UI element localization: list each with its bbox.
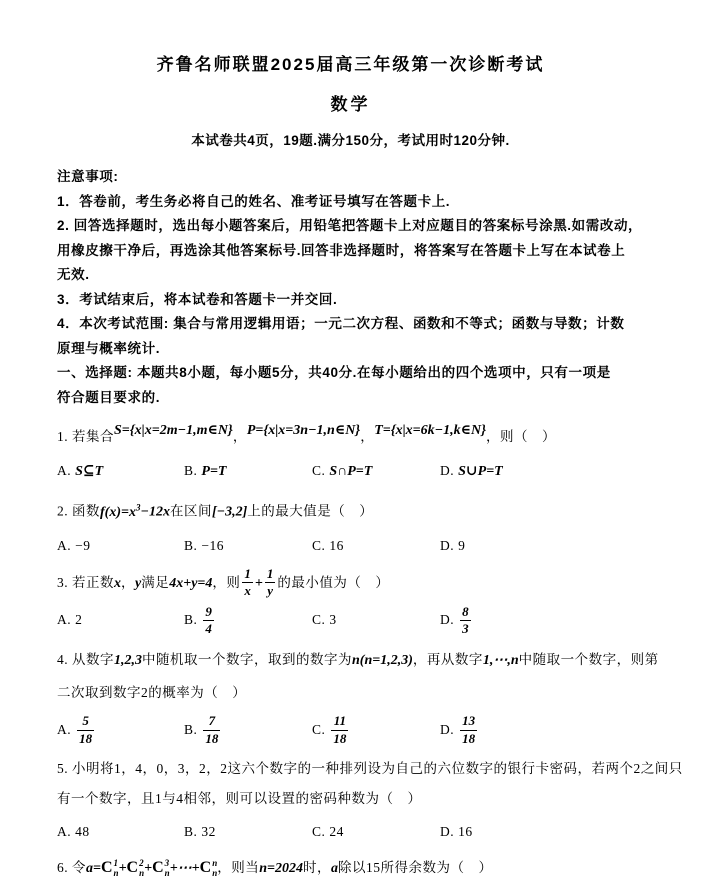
binomial-coefficient: C3n <box>152 853 170 877</box>
text-run: 除以15所得余数为（ ） <box>338 860 493 875</box>
text-run: 满足 <box>141 575 169 590</box>
binomial-coefficient: C1n <box>101 853 119 877</box>
math-run: + <box>119 861 127 876</box>
fraction-denominator: 4 <box>203 621 214 636</box>
math-run: a <box>331 861 338 876</box>
option-label: D. <box>440 612 454 627</box>
option-label: A. <box>57 722 71 737</box>
options-row: A.48B.32C.24D.16 <box>57 819 671 845</box>
option-item: D.1318 <box>440 714 671 746</box>
options-row: A.−9B.−16C.16D.9 <box>57 533 671 559</box>
question-q2: 2. 函数f(x)=x3−12x在区间[−3,2]上的最大值是（ ）A.−9B.… <box>57 492 671 559</box>
math-run: [−3,2] <box>212 505 247 520</box>
option-label: C. <box>312 463 325 478</box>
option-label: C. <box>312 824 325 839</box>
text-run: 时， <box>303 860 331 875</box>
notice-line: 4．本次考试范围: 集合与常用逻辑用语；一元二次方程、函数和不等式；函数与导数；… <box>57 312 653 337</box>
text-run: 有一个数字，且1与4相邻，则可以设置的密码种数为（ ） <box>57 791 422 806</box>
text-run: 中随取一个数字，则第 <box>519 652 659 667</box>
notice-header: 注意事项: <box>57 165 653 190</box>
text-run: ， <box>360 429 374 444</box>
question-q5: 5. 小明将1，4，0，3，2，2这六个数字的一种排列设为自己的六位数字的银行卡… <box>57 754 671 845</box>
fraction-numerator: 9 <box>203 605 214 621</box>
math-run: P={x|x=3n−1,n∈N} <box>247 423 360 438</box>
option-item: B.718 <box>184 714 312 746</box>
option-item: D.9 <box>440 537 671 555</box>
fraction-denominator: y <box>265 583 276 598</box>
text-run: 2. 函数 <box>57 504 100 519</box>
fraction: 94 <box>203 605 214 637</box>
question-q6: 6. 令a=C1n+C2n+C3n+⋯+Cnn，则当n=2024时，a除以15所… <box>57 853 671 877</box>
question-line: 2. 函数f(x)=x3−12x在区间[−3,2]上的最大值是（ ） <box>57 492 671 528</box>
question-line: 5. 小明将1，4，0，3，2，2这六个数字的一种排列设为自己的六位数字的银行卡… <box>57 754 671 784</box>
option-item: B.94 <box>184 605 312 637</box>
text-run: 在区间 <box>170 504 212 519</box>
text-run: 5. 小明将1，4，0，3，2，2这六个数字的一种排列设为自己的六位数字的银行卡… <box>57 761 683 776</box>
math-run: P=T <box>201 464 226 479</box>
question-q4: 4. 从数字1,2,3中随机取一个数字，取到的数字为n(n=1,2,3)，再从数… <box>57 644 671 746</box>
subject-title: 数学 <box>0 90 701 115</box>
text-run: 2 <box>75 612 82 627</box>
option-label: D. <box>440 824 454 839</box>
section-heading: 一、选择题: 本题共8小题，每小题5分，共40分.在每小题给出的四个选项中，只有… <box>57 361 653 410</box>
text-run: 9 <box>458 538 465 553</box>
fraction: 1118 <box>331 714 348 746</box>
math-run: T={x|x=6k−1,k∈N} <box>374 423 486 438</box>
option-item: B.32 <box>184 823 312 841</box>
section-line: 一、选择题: 本题共8小题，每小题5分，共40分.在每小题给出的四个选项中，只有… <box>57 361 653 386</box>
math-run: n=2024 <box>259 861 303 876</box>
fraction-denominator: 18 <box>331 731 348 746</box>
notice-line: 3．考试结束后，将本试卷和答题卡一并交回. <box>57 288 653 313</box>
notice-line: 用橡皮擦干净后，再选涂其他答案标号.回答非选择题时，将答案写在答题卡上写在本试卷… <box>57 239 653 264</box>
option-label: D. <box>440 538 454 553</box>
math-run: 1,2,3 <box>114 653 142 668</box>
option-label: B. <box>184 722 197 737</box>
math-run: n(n=1,2,3) <box>352 653 413 668</box>
fraction-numerator: 5 <box>77 714 94 730</box>
fraction-numerator: 1 <box>242 567 253 583</box>
option-item: C.16 <box>312 537 440 555</box>
option-label: A. <box>57 463 71 478</box>
text-run: 3 <box>329 612 336 627</box>
math-run: x <box>114 576 121 591</box>
section-line: 符合题目要求的. <box>57 386 653 411</box>
fraction-denominator: 18 <box>77 731 94 746</box>
option-item: B.P=T <box>184 462 312 480</box>
paper-header: 齐鲁名师联盟2025届高三年级第一次诊断考试 数学 本试卷共4页，19题.满分1… <box>0 0 701 149</box>
math-run: +⋯+ <box>170 861 200 876</box>
binomial-base: C <box>127 859 139 876</box>
text-run: 4. 从数字 <box>57 652 114 667</box>
text-run: 的最小值为（ ） <box>277 575 389 590</box>
question-list: 1. 若集合S={x|x=2m−1,m∈N}，P={x|x=3n−1,n∈N}，… <box>57 422 671 877</box>
option-label: B. <box>184 612 197 627</box>
binomial-base: C <box>101 859 113 876</box>
math-run: f(x)=x3 <box>100 505 140 520</box>
page-title: 齐鲁名师联盟2025届高三年级第一次诊断考试 <box>0 50 701 75</box>
text-run: ，则当 <box>217 860 259 875</box>
option-item: C.3 <box>312 611 440 629</box>
fraction-denominator: 18 <box>460 731 477 746</box>
math-run: + <box>144 861 152 876</box>
fraction: 1318 <box>460 714 477 746</box>
math-run: S∪P=T <box>458 464 503 479</box>
math-run: S⊆T <box>75 464 103 479</box>
option-label: D. <box>440 722 454 737</box>
math-run: + <box>255 576 263 591</box>
text-run: 中随机取一个数字，取到的数字为 <box>142 652 352 667</box>
fraction-denominator: 3 <box>460 621 471 636</box>
fraction-numerator: 13 <box>460 714 477 730</box>
text-run: ，则（ ） <box>486 429 556 444</box>
math-run: 1,⋯,n <box>483 653 519 668</box>
option-label: C. <box>312 722 325 737</box>
math-run: −12x <box>140 505 169 520</box>
question-line: 1. 若集合S={x|x=2m−1,m∈N}，P={x|x=3n−1,n∈N}，… <box>57 422 671 453</box>
text-run: 24 <box>329 824 344 839</box>
fraction: 83 <box>460 605 471 637</box>
question-line: 4. 从数字1,2,3中随机取一个数字，取到的数字为n(n=1,2,3)，再从数… <box>57 644 671 677</box>
paper-body: 注意事项: 1．答卷前，考生务必将自己的姓名、准考证号填写在答题卡上.2. 回答… <box>57 165 653 410</box>
math-run: 4x+y=4 <box>169 576 212 591</box>
option-label: A. <box>57 538 71 553</box>
fraction-numerator: 11 <box>331 714 348 730</box>
text-run: −9 <box>75 538 90 553</box>
option-item: A.48 <box>57 823 184 841</box>
option-label: D. <box>440 463 454 478</box>
notice-lines: 1．答卷前，考生务必将自己的姓名、准考证号填写在答题卡上.2. 回答选择题时，选… <box>57 190 653 362</box>
text-run: 3. 若正数 <box>57 575 114 590</box>
question-line: 有一个数字，且1与4相邻，则可以设置的密码种数为（ ） <box>57 784 671 814</box>
math-run: S∩P=T <box>329 464 372 479</box>
text-run: −16 <box>201 538 224 553</box>
question-line: 3. 若正数x，y满足4x+y=4，则1x+1y的最小值为（ ） <box>57 567 671 600</box>
math-run: a= <box>86 861 101 876</box>
binomial-coefficient: C2n <box>127 853 145 877</box>
binomial-base: C <box>152 859 164 876</box>
notice-line: 无效. <box>57 263 653 288</box>
text-run: ，再从数字 <box>413 652 483 667</box>
option-label: B. <box>184 538 197 553</box>
fraction: 718 <box>203 714 220 746</box>
option-label: C. <box>312 538 325 553</box>
option-item: D.83 <box>440 605 671 637</box>
option-label: B. <box>184 824 197 839</box>
binomial-base: C <box>200 859 212 876</box>
math-run: S={x|x=2m−1,m∈N} <box>114 423 233 438</box>
option-item: A.518 <box>57 714 184 746</box>
option-item: A.−9 <box>57 537 184 555</box>
option-label: B. <box>184 463 197 478</box>
text-run: 48 <box>75 824 90 839</box>
fraction: 518 <box>77 714 94 746</box>
option-item: D.16 <box>440 823 671 841</box>
fraction-numerator: 8 <box>460 605 471 621</box>
option-item: C.24 <box>312 823 440 841</box>
option-item: C.S∩P=T <box>312 462 440 480</box>
text-run: 32 <box>201 824 216 839</box>
options-row: A.518B.718C.1118D.1318 <box>57 714 671 746</box>
option-label: C. <box>312 612 325 627</box>
options-row: A.S⊆TB.P=TC.S∩P=TD.S∪P=T <box>57 458 671 484</box>
text-run: 16 <box>329 538 344 553</box>
text-run: 上的最大值是（ ） <box>247 504 373 519</box>
text-run: ， <box>233 429 247 444</box>
option-item: C.1118 <box>312 714 440 746</box>
fraction-denominator: x <box>242 583 253 598</box>
fraction-numerator: 1 <box>265 567 276 583</box>
fraction: 1x <box>242 567 253 599</box>
exam-info-line: 本试卷共4页，19题.满分150分，考试用时120分钟. <box>0 129 701 149</box>
option-item: A.2 <box>57 611 184 629</box>
option-label: A. <box>57 824 71 839</box>
fraction-denominator: 18 <box>203 731 220 746</box>
question-line: 二次取到数字2的概率为（ ） <box>57 677 671 709</box>
option-item: D.S∪P=T <box>440 462 671 480</box>
notice-line: 1．答卷前，考生务必将自己的姓名、准考证号填写在答题卡上. <box>57 190 653 215</box>
text-run: 16 <box>458 824 473 839</box>
text-run: ，则 <box>212 575 240 590</box>
options-row: A.2B.94C.3D.83 <box>57 605 671 637</box>
exam-paper-page: 齐鲁名师联盟2025届高三年级第一次诊断考试 数学 本试卷共4页，19题.满分1… <box>0 0 701 877</box>
notice-line: 2. 回答选择题时，选出每小题答案后，用铅笔把答题卡上对应题目的答案标号涂黑.如… <box>57 214 653 239</box>
notice-line: 原理与概率统计. <box>57 337 653 362</box>
option-item: B.−16 <box>184 537 312 555</box>
fraction-numerator: 7 <box>203 714 220 730</box>
option-label: A. <box>57 612 71 627</box>
text-run: ， <box>121 575 135 590</box>
text-run: 二次取到数字2的概率为（ ） <box>57 685 246 700</box>
question-q1: 1. 若集合S={x|x=2m−1,m∈N}，P={x|x=3n−1,n∈N}，… <box>57 422 671 484</box>
binomial-coefficient: Cnn <box>200 853 218 877</box>
option-item: A.S⊆T <box>57 462 184 480</box>
text-run: 1. 若集合 <box>57 429 114 444</box>
text-run: 6. 令 <box>57 860 86 875</box>
fraction: 1y <box>265 567 276 599</box>
question-q3: 3. 若正数x，y满足4x+y=4，则1x+1y的最小值为（ ）A.2B.94C… <box>57 567 671 637</box>
question-line: 6. 令a=C1n+C2n+C3n+⋯+Cnn，则当n=2024时，a除以15所… <box>57 853 671 877</box>
